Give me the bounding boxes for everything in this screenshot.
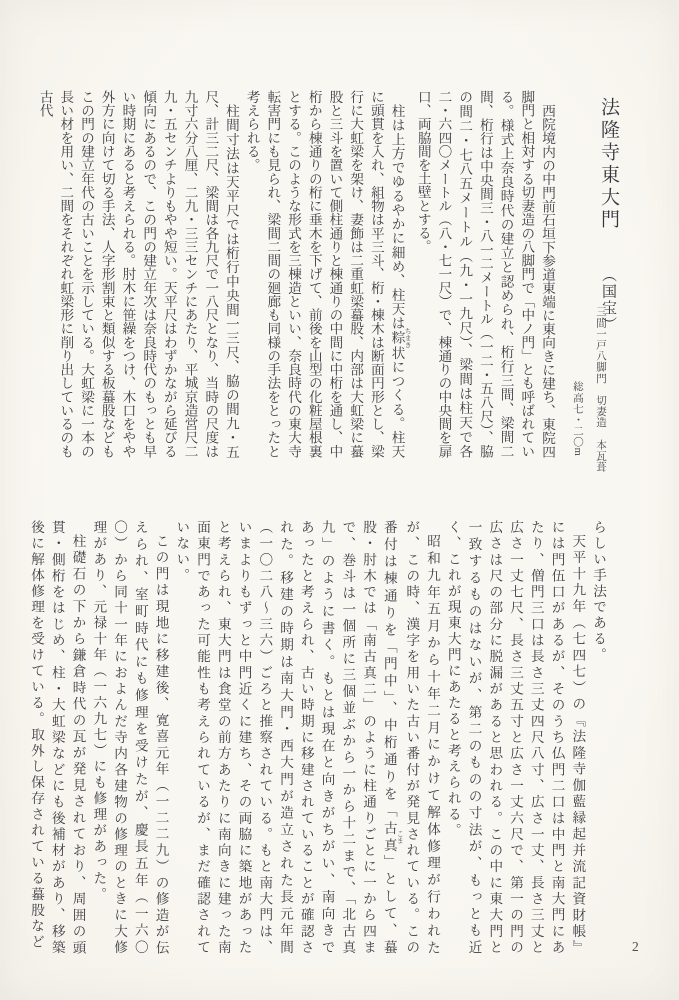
page-number: 2 bbox=[632, 939, 639, 955]
spec-caption-structure: 三間一戸八脚門 切妻造 本瓦葺 bbox=[593, 306, 608, 473]
ruby-annotated-word: 粽ちまき bbox=[390, 330, 405, 345]
paragraph: 昭和九年五月から十年二月にかけて解体修理が行われたが、この時、漢字を用いた古い番… bbox=[171, 520, 443, 956]
paragraph: 西院境内の中門前石垣下参道東端に東向きに建ち、東院四脚門と相対する切妻造の八脚門… bbox=[412, 90, 557, 458]
paragraph: この門は現地に移建後、寛喜元年（一二二九）の修造が伝えられ、室町時代にも修理を受… bbox=[88, 520, 171, 956]
paragraph: 天平十九年（七四七）の『法隆寺伽藍縁起并流記資財帳』には門伍口があるが、そのうち… bbox=[442, 520, 587, 956]
ruby-annotated-word: 古真こま bbox=[382, 821, 397, 855]
paragraph: 柱間寸法は天平尺では桁行中央間一三尺、脇の間九・五尺、計三二尺、梁間は各九尺で一… bbox=[34, 90, 241, 458]
body-text-upper: 西院境内の中門前石垣下参道東端に東向きに建ち、東院四脚門と相対する切妻造の八脚門… bbox=[34, 90, 557, 458]
article-title-column: 法隆寺東大門（国宝） bbox=[595, 97, 622, 333]
spec-caption-height: 総高七・二〇m bbox=[570, 381, 585, 456]
body-text-lower: らしい手法である。天平十九年（七四七）の『法隆寺伽藍縁起并流記資財帳』には門伍口… bbox=[25, 520, 608, 956]
paragraph: らしい手法である。 bbox=[587, 520, 608, 956]
page-title: 法隆寺東大門 bbox=[598, 97, 619, 231]
paragraph: 柱礎石の下から鎌倉時代の瓦が発見されており、周囲の頭貫・側桁をはじめ、柱・大虹梁… bbox=[25, 520, 87, 956]
paragraph: 柱は上方でゆるやかに細め、柱天は粽ちまき状につくる。柱天に頭貫を入れ、組物は平三… bbox=[241, 90, 412, 458]
book-page: 法隆寺東大門（国宝） 三間一戸八脚門 切妻造 本瓦葺 総高七・二〇m 西院境内の… bbox=[0, 0, 679, 1000]
